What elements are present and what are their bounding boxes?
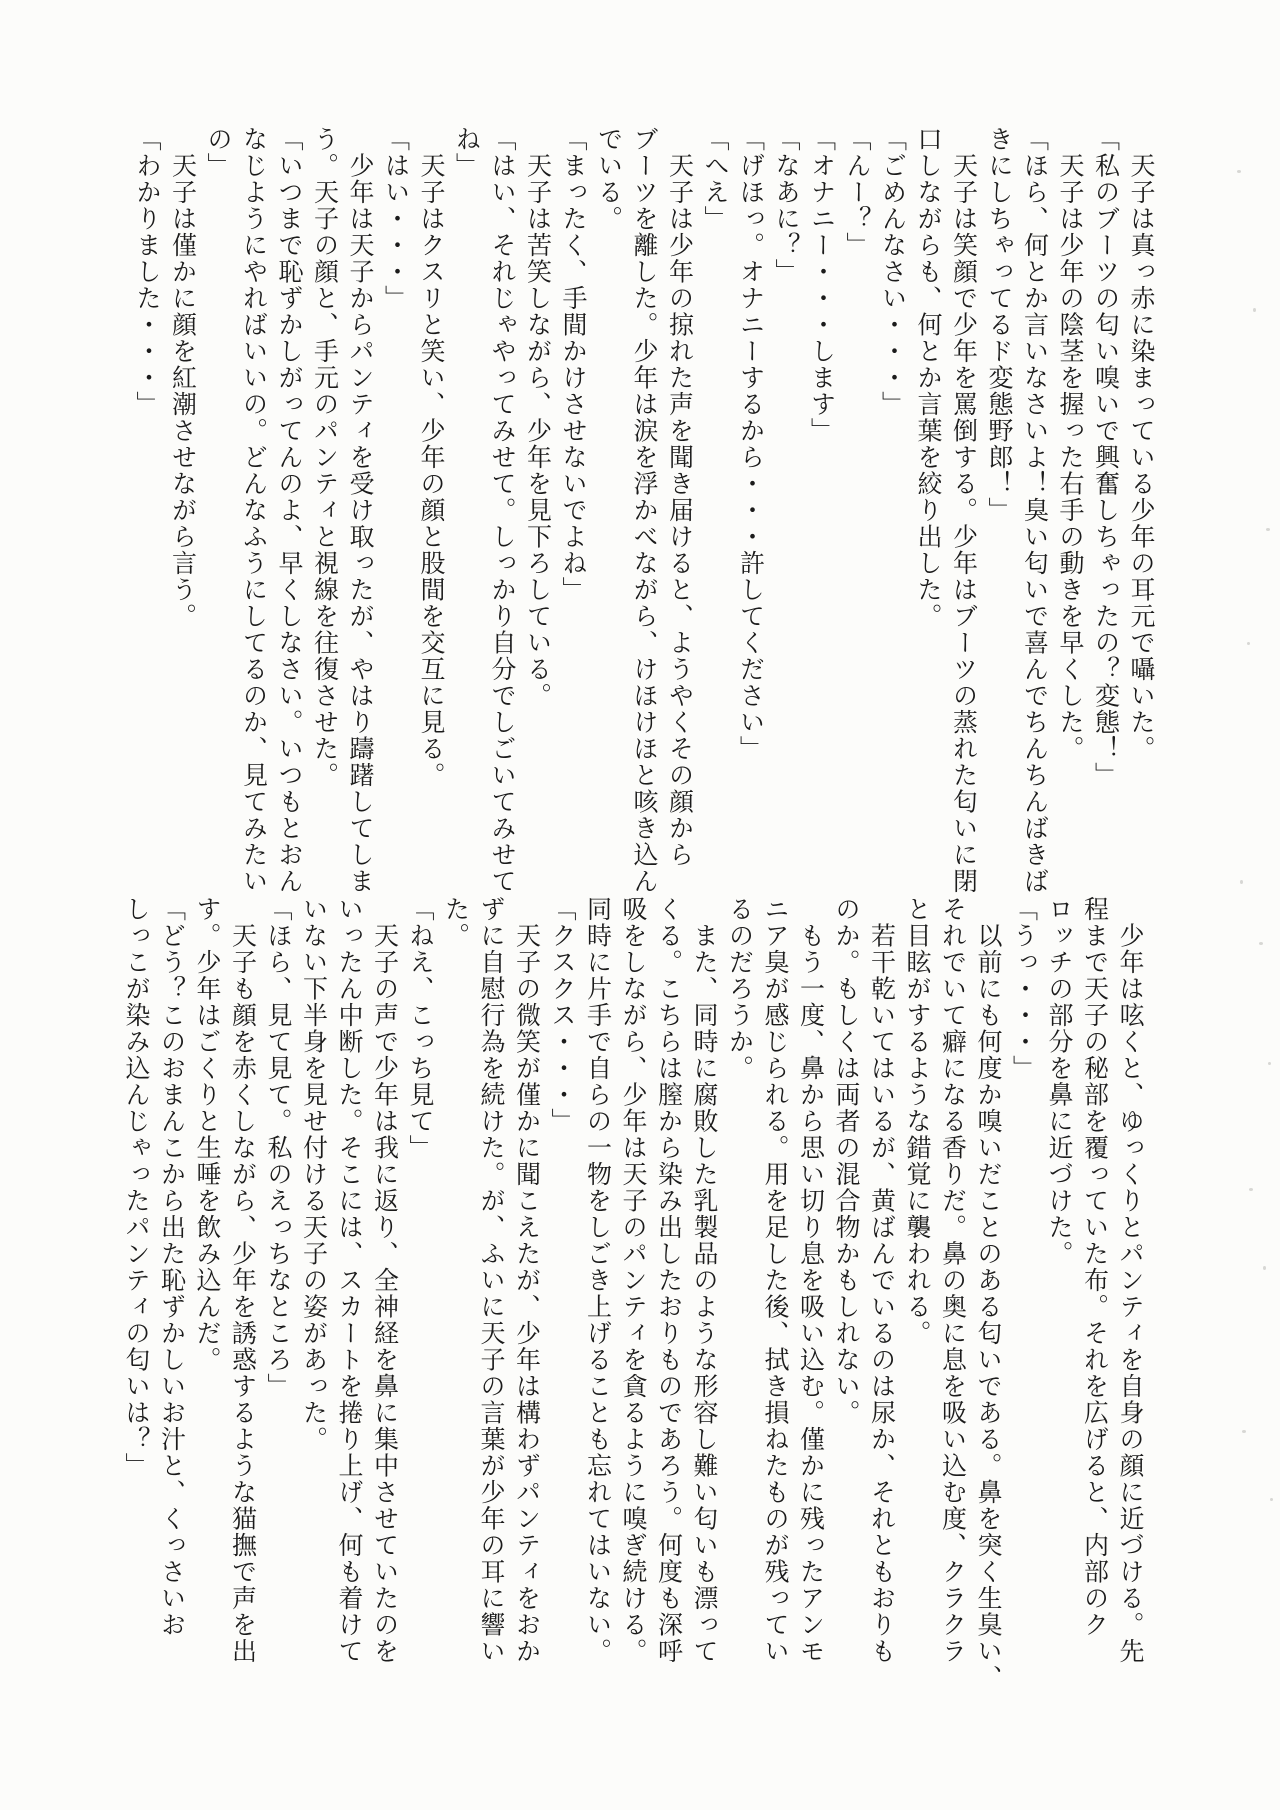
scan-speck [1259, 942, 1263, 945]
scanned-page: 天子は真っ赤に染まっている少年の耳元で囁いた。「私のブーツの匂い嗅いで興奮しちゃ… [0, 0, 1280, 1810]
text-line: でいる。 [590, 126, 626, 926]
text-line: きにしちゃってるド変態野郎！」 [981, 126, 1017, 926]
text-line: くる。こちらは膣から染み出したおりものであろう。何度も深呼 [650, 896, 686, 1711]
text-line: 「はい・・・」 [377, 126, 413, 926]
scan-speck [1242, 1430, 1246, 1433]
text-line: るのだろうか。 [721, 896, 757, 1711]
text-line: の」 [200, 126, 236, 926]
text-line: 「ねえ、こっち見て」 [402, 896, 438, 1711]
text-line: 「まったく、手間かけさせないでよね」 [555, 126, 591, 926]
text-line: 天子は真っ赤に染まっている少年の耳元で囁いた。 [1123, 126, 1159, 926]
text-line: また、同時に腐敗した乳製品のような形容し難い匂いも漂って [686, 896, 722, 1711]
text-line: 「いつまで恥ずかしがってんのよ、早くしなさい。いつもとおん [271, 126, 307, 926]
text-line: 天子は笑顔で少年を罵倒する。少年はブーツの蒸れた匂いに閉 [945, 126, 981, 926]
text-block-bottom: 少年は呟くと、ゆっくりとパンティを自身の顔に近づける。先程まで天子の秘部を覆って… [118, 896, 1148, 1711]
text-line: いない下半身を見せ付ける天子の姿があった。 [295, 896, 331, 1711]
text-line: 天子は少年の掠れた声を聞き届けると、ようやくその顔から [661, 126, 697, 926]
scan-speck [1240, 880, 1243, 884]
text-line: と目眩がするような錯覚に襲われる。 [899, 896, 935, 1711]
text-line: 「オナニー・・・します」 [803, 126, 839, 926]
text-line: 「んー？」 [839, 126, 875, 926]
text-line: 少年は天子からパンティを受け取ったが、やはり躊躇してしま [342, 126, 378, 926]
text-line: 「ごめんなさい・・・」 [874, 126, 910, 926]
text-line: ニア臭が感じられる。用を足した後、拭き損ねたものが残ってい [757, 896, 793, 1711]
text-line: 天子はクスリと笑い、少年の顔と股間を交互に見る。 [413, 126, 449, 926]
text-line: 「うっ・・・」 [1005, 896, 1041, 1711]
text-line: 天子は僅かに顔を紅潮させながら言う。 [164, 126, 200, 926]
text-line: 若干乾いてはいるが、黄ばんでいるのは尿か、それともおりも [863, 896, 899, 1711]
text-line: 吸をしながら、少年は天子のパンティを貪るように嗅ぎ続ける。 [615, 896, 651, 1711]
text-line: 口しながらも、何とか言葉を絞り出した。 [910, 126, 946, 926]
text-line: 以前にも何度か嗅いだことのある匂いである。鼻を突く生臭い、 [970, 896, 1006, 1711]
text-block-top: 天子は真っ赤に染まっている少年の耳元で囁いた。「私のブーツの匂い嗅いで興奮しちゃ… [129, 126, 1159, 926]
text-line: しっこが染み込んじゃったパンティの匂いは？」 [118, 896, 154, 1711]
text-line: 天子は苦笑しながら、少年を見下ろしている。 [519, 126, 555, 926]
text-line: た。 [437, 896, 473, 1711]
scan-speck [1270, 1498, 1273, 1501]
scan-speck [1268, 1062, 1271, 1065]
text-line: のか。もしくは両者の混合物かもしれない。 [828, 896, 864, 1711]
text-line: 天子も顔を赤くしながら、少年を誘惑するような猫撫で声を出 [224, 896, 260, 1711]
text-line: す。少年はごくりと生唾を飲み込んだ。 [189, 896, 225, 1711]
text-line: ずに自慰行為を続けた。が、ふいに天子の言葉が少年の耳に響い [473, 896, 509, 1711]
scan-speck [1249, 1188, 1253, 1191]
text-line: 程まで天子の秘部を覆っていた布。それを広げると、内部のク [1076, 896, 1112, 1711]
text-line: 「ほら、何とか言いなさいよ！臭い匂いで喜んでちんちんばきば [1016, 126, 1052, 926]
scan-speck [1266, 528, 1270, 531]
scan-speck [1253, 308, 1256, 312]
text-line: 天子は少年の陰茎を握った右手の動きを早くした。 [1052, 126, 1088, 926]
text-line: 天子の声で少年は我に返り、全神経を鼻に集中させていたのを [366, 896, 402, 1711]
text-line: それでいて癖になる香りだ。鼻の奥に息を吸い込む度、クラクラ [934, 896, 970, 1711]
text-line: 「ほら、見て見て。私のえっちなところ」 [260, 896, 296, 1711]
text-line: 少年は呟くと、ゆっくりとパンティを自身の顔に近づける。先 [1112, 896, 1148, 1711]
text-line: なじようにやればいいの。どんなふうにしてるのか、見てみたい [235, 126, 271, 926]
scan-speck [1263, 1266, 1266, 1270]
text-line: いったん中断した。そこには、スカートを捲り上げ、何も着けて [331, 896, 367, 1711]
text-line: 「なあに？」 [768, 126, 804, 926]
text-line: 天子の微笑が僅かに聞こえたが、少年は構わずパンティをおか [508, 896, 544, 1711]
text-line: 「へえ」 [697, 126, 733, 926]
text-line: 「どう？このおまんこから出た恥ずかしいお汁と、くっさいお [153, 896, 189, 1711]
scan-speck [1237, 170, 1241, 173]
text-line: 同時に片手で自らの一物をしごき上げることも忘れてはいない。 [579, 896, 615, 1711]
text-line: 「げほっ。オナニーするから・・・許してください」 [732, 126, 768, 926]
text-line: 「わかりました・・・」 [129, 126, 165, 926]
text-line: 「クスクス・・・」 [544, 896, 580, 1711]
text-line: もう一度、鼻から思い切り息を吸い込む。僅かに残ったアンモ [792, 896, 828, 1711]
text-line: ロッチの部分を鼻に近づけた。 [1041, 896, 1077, 1711]
text-line: 「はい、それじゃやってみせて。しっかり自分でしごいてみせて [484, 126, 520, 926]
scan-speck [1247, 642, 1250, 645]
text-line: う。天子の顔と、手元のパンティと視線を往復させた。 [306, 126, 342, 926]
text-line: 「私のブーツの匂い嗅いで興奮しちゃったの？変態！」 [1087, 126, 1123, 926]
text-line: ね」 [448, 126, 484, 926]
text-line: ブーツを離した。少年は涙を浮かべながら、けほけほと咳き込ん [626, 126, 662, 926]
